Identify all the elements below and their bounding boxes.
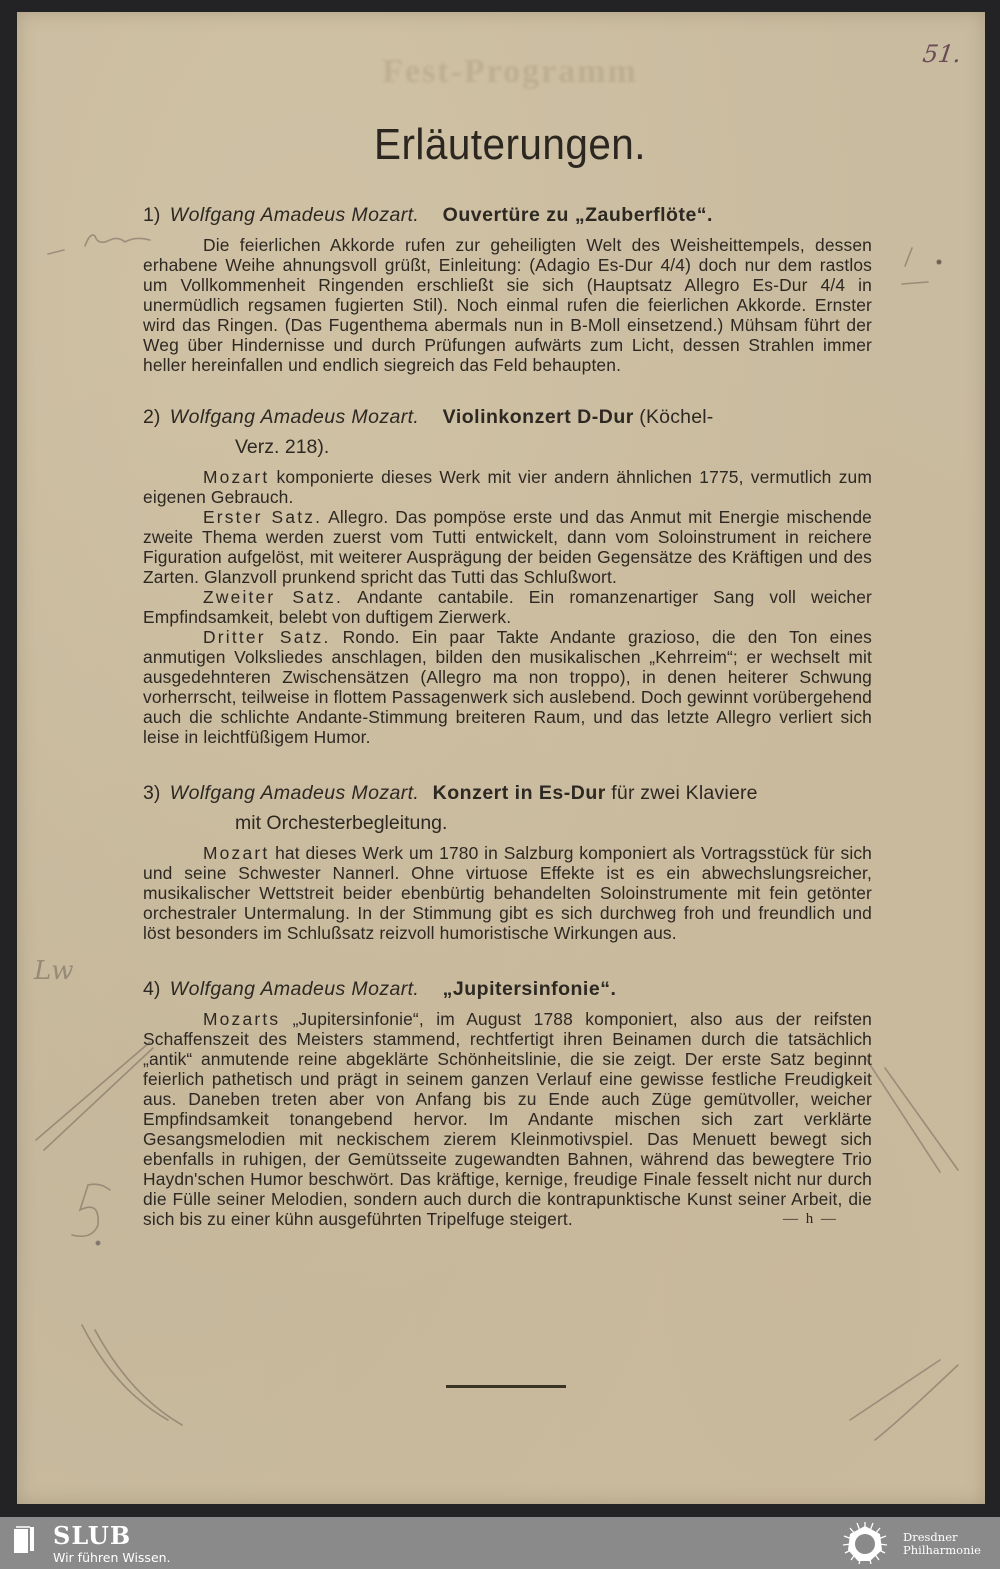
section-number: 4): [143, 978, 160, 1000]
section-paragraph: Zweiter Satz. Andante cantabile. Ein rom…: [143, 587, 872, 627]
section-heading: 4) Wolfgang Amadeus Mozart. „Jupitersinf…: [143, 977, 872, 1001]
section-heading: 2) Wolfgang Amadeus Mozart. Violinkonzer…: [143, 405, 872, 459]
section-paragraph: Erster Satz. Allegro. Das pompöse erste …: [143, 507, 872, 587]
paragraph-lead: Mozarts: [203, 1009, 280, 1029]
page-title: Erläuterungen.: [41, 120, 979, 170]
work-title: Violinkonzert D-Dur: [443, 406, 634, 428]
paragraph-lead: Mozart: [203, 467, 269, 487]
work-subtitle: (Köchel-: [639, 406, 713, 428]
section-paragraph: Dritter Satz. Rondo. Ein paar Takte Anda…: [143, 627, 872, 747]
section-4: 4) Wolfgang Amadeus Mozart. „Jupitersinf…: [143, 977, 872, 1229]
section-number: 2): [143, 406, 160, 428]
paragraph-lead: Mozart: [203, 843, 269, 863]
paragraph-lead: Zweiter Satz.: [203, 587, 343, 607]
work-title: Ouvertüre zu „Zauberflöte“.: [443, 204, 713, 226]
slub-brand[interactable]: SLUB: [53, 1521, 131, 1550]
section-number: 1): [143, 204, 160, 226]
section-1: 1) Wolfgang Amadeus Mozart. Ouvertüre zu…: [143, 203, 872, 375]
slub-tagline: Wir führen Wissen.: [53, 1550, 171, 1565]
section-heading: 3) Wolfgang Amadeus Mozart. Konzert in E…: [143, 781, 872, 835]
composer-name: Wolfgang Amadeus Mozart.: [170, 204, 419, 226]
philharmonie-brand[interactable]: Dresdner Philharmonie: [903, 1531, 981, 1557]
bleed-through-heading: Fest-Programm: [310, 53, 710, 93]
end-rule-divider: [446, 1385, 566, 1388]
section-paragraph: Mozart hat dieses Werk um 1780 in Salzbu…: [143, 843, 872, 943]
handwritten-page-number: 51.: [921, 40, 963, 68]
footer-bar: SLUB Wir führen Wissen. Dresdner Philhar…: [0, 1517, 1000, 1569]
section-heading: 1) Wolfgang Amadeus Mozart. Ouvertüre zu…: [143, 203, 872, 227]
work-subtitle: für zwei Klaviere: [611, 782, 757, 804]
pencil-annotation-lw: Lw: [34, 956, 74, 986]
work-title: „Jupitersinfonie“.: [443, 978, 617, 1000]
composer-name: Wolfgang Amadeus Mozart.: [170, 406, 419, 428]
heading-continuation: mit Orchesterbegleitung.: [143, 811, 872, 835]
heading-continuation: Verz. 218).: [143, 435, 872, 459]
paragraph-lead: Dritter Satz.: [203, 627, 331, 647]
section-paragraph: Mozarts „Jupitersinfonie“, im August 178…: [143, 1009, 872, 1229]
book-icon: [12, 1525, 42, 1555]
work-title: Konzert in Es-Dur: [433, 782, 606, 804]
composer-name: Wolfgang Amadeus Mozart.: [170, 782, 419, 804]
document-body: 1) Wolfgang Amadeus Mozart. Ouvertüre zu…: [143, 200, 872, 1229]
philharmonie-line-2: Philharmonie: [903, 1544, 981, 1557]
section-2: 2) Wolfgang Amadeus Mozart. Violinkonzer…: [143, 405, 872, 747]
section-3: 3) Wolfgang Amadeus Mozart. Konzert in E…: [143, 781, 872, 943]
composer-name: Wolfgang Amadeus Mozart.: [170, 978, 419, 1000]
paragraph-text: „Jupitersinfonie“, im August 1788 kompon…: [143, 1009, 872, 1229]
section-paragraph: Die feierlichen Akkorde rufen zur geheil…: [143, 235, 872, 375]
paragraph-lead: Erster Satz.: [203, 507, 322, 527]
section-paragraph: Mozart komponierte dieses Werk mit vier …: [143, 467, 872, 507]
sunburst-ring-icon[interactable]: [840, 1520, 890, 1566]
section-number: 3): [143, 782, 160, 804]
author-signature: — h —: [723, 1209, 838, 1229]
